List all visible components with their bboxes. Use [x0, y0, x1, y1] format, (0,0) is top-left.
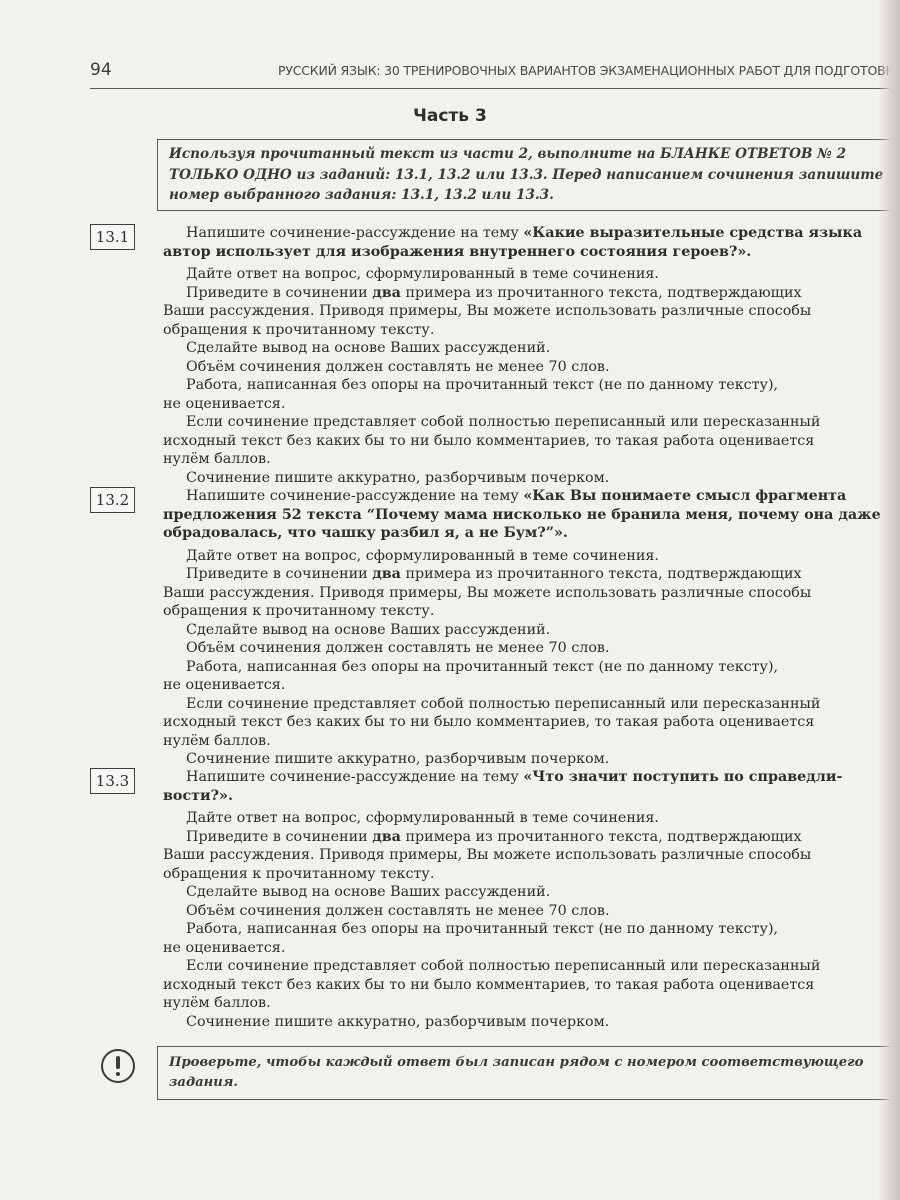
task-text: Сделайте вывод на основе Ваших рассужден…: [163, 621, 900, 640]
task-text: не оценивается.: [163, 395, 900, 414]
task-text: не оценивается.: [163, 676, 900, 695]
task-text: обращения к прочитанному тексту.: [163, 602, 900, 621]
topic-intro: Напишите сочинение-рассуждение на тему: [186, 769, 523, 785]
task-text: обращения к прочитанному тексту.: [163, 865, 900, 884]
task-text-emph: два: [372, 566, 401, 582]
part-title: Часть 3: [0, 106, 900, 126]
topic-title-cont: предложения 52 текста “Почему мама ниско…: [163, 506, 900, 525]
task-text: не оценивается.: [163, 939, 900, 958]
note-box: Проверьте, чтобы каждый ответ был записа…: [157, 1046, 900, 1100]
task-text-emph: два: [372, 285, 401, 301]
task-text: Приведите в сочинении: [186, 285, 372, 301]
running-header: 94 РУССКИЙ ЯЗЫК: 30 ТРЕНИРОВОЧНЫХ ВАРИАН…: [90, 60, 900, 89]
task-text: исходный текст без каких бы то ни было к…: [163, 432, 900, 451]
exclamation-circle-icon: [101, 1049, 135, 1083]
topic-intro: Напишите сочинение-рассуждение на тему: [186, 225, 523, 241]
task-text: Объём сочинения должен составлять не мен…: [163, 358, 900, 377]
task-text: исходный текст без каких бы то ни было к…: [163, 976, 900, 995]
topic-title-cont: обрадовалась, что чашку разбил я, а не Б…: [163, 524, 900, 543]
task-text: Сделайте вывод на основе Ваших рассужден…: [163, 883, 900, 902]
task-text: Ваши рассуждения. Приводя примеры, Вы мо…: [163, 584, 900, 603]
task-text: исходный текст без каких бы то ни было к…: [163, 713, 900, 732]
task-text: Дайте ответ на вопрос, сформулированный …: [163, 265, 900, 284]
book-title: РУССКИЙ ЯЗЫК: 30 ТРЕНИРОВОЧНЫХ ВАРИАНТОВ…: [278, 63, 900, 78]
task-text: нулём баллов.: [163, 994, 900, 1013]
topic-title-cont: автор использует для изображения внутрен…: [163, 243, 900, 262]
task-text: обращения к прочитанному тексту.: [163, 321, 900, 340]
task-text: Работа, написанная без опоры на прочитан…: [163, 920, 900, 939]
topic-title: «Какие выразительные средства языка: [523, 225, 862, 241]
task-text: Приведите в сочинении: [186, 829, 372, 845]
topic-title-cont: вости?».: [163, 787, 900, 806]
task-text: примера из прочитанного текста, подтверж…: [401, 285, 802, 301]
task-text: Объём сочинения должен составлять не мен…: [163, 902, 900, 921]
task-text: Если сочинение представляет собой полнос…: [163, 413, 900, 432]
task-text: примера из прочитанного текста, подтверж…: [401, 829, 802, 845]
task-text-emph: два: [372, 829, 401, 845]
instructions-line: ТОЛЬКО ОДНО из заданий: 13.1, 13.2 или 1…: [169, 165, 900, 186]
topic-title: «Как Вы понимаете смысл фрагмента: [523, 488, 846, 504]
task-text: Сочинение пишите аккуратно, разборчивым …: [163, 750, 900, 769]
task-text: Объём сочинения должен составлять не мен…: [163, 639, 900, 658]
note-line: Проверьте, чтобы каждый ответ был записа…: [169, 1053, 900, 1073]
task-text: Сочинение пишите аккуратно, разборчивым …: [163, 469, 900, 488]
task-text: Дайте ответ на вопрос, сформулированный …: [163, 547, 900, 566]
task-number-badge: 13.2: [90, 487, 135, 513]
task-text: Если сочинение представляет собой полнос…: [163, 695, 900, 714]
task-text: примера из прочитанного текста, подтверж…: [401, 566, 802, 582]
task-text: Дайте ответ на вопрос, сформулированный …: [163, 809, 900, 828]
topic-intro: Напишите сочинение-рассуждение на тему: [186, 488, 523, 504]
task-text: Приведите в сочинении: [186, 566, 372, 582]
page-edge-shadow: [878, 0, 900, 1200]
task-text: нулём баллов.: [163, 732, 900, 751]
task-text: Работа, написанная без опоры на прочитан…: [163, 658, 900, 677]
instructions-line: Используя прочитанный текст из части 2, …: [169, 144, 900, 165]
note-line: задания.: [169, 1073, 900, 1093]
page-number: 94: [90, 60, 112, 80]
task-text: Работа, написанная без опоры на прочитан…: [163, 376, 900, 395]
task-text: Если сочинение представляет собой полнос…: [163, 957, 900, 976]
task-text: Сделайте вывод на основе Ваших рассужден…: [163, 339, 900, 358]
topic-title: «Что значит поступить по справедли-: [523, 769, 842, 785]
task-text: нулём баллов.: [163, 450, 900, 469]
instructions-line: номер выбранного задания: 13.1, 13.2 или…: [169, 185, 900, 206]
task-text: Ваши рассуждения. Приводя примеры, Вы мо…: [163, 302, 900, 321]
task-number-badge: 13.1: [90, 224, 135, 250]
note-text: Проверьте, чтобы каждый ответ был записа…: [169, 1053, 900, 1093]
task-text: Сочинение пишите аккуратно, разборчивым …: [163, 1013, 900, 1032]
instructions-box: Используя прочитанный текст из части 2, …: [157, 139, 900, 211]
task-text: Ваши рассуждения. Приводя примеры, Вы мо…: [163, 846, 900, 865]
task-number-badge: 13.3: [90, 768, 135, 794]
instructions-text: Используя прочитанный текст из части 2, …: [169, 144, 900, 206]
